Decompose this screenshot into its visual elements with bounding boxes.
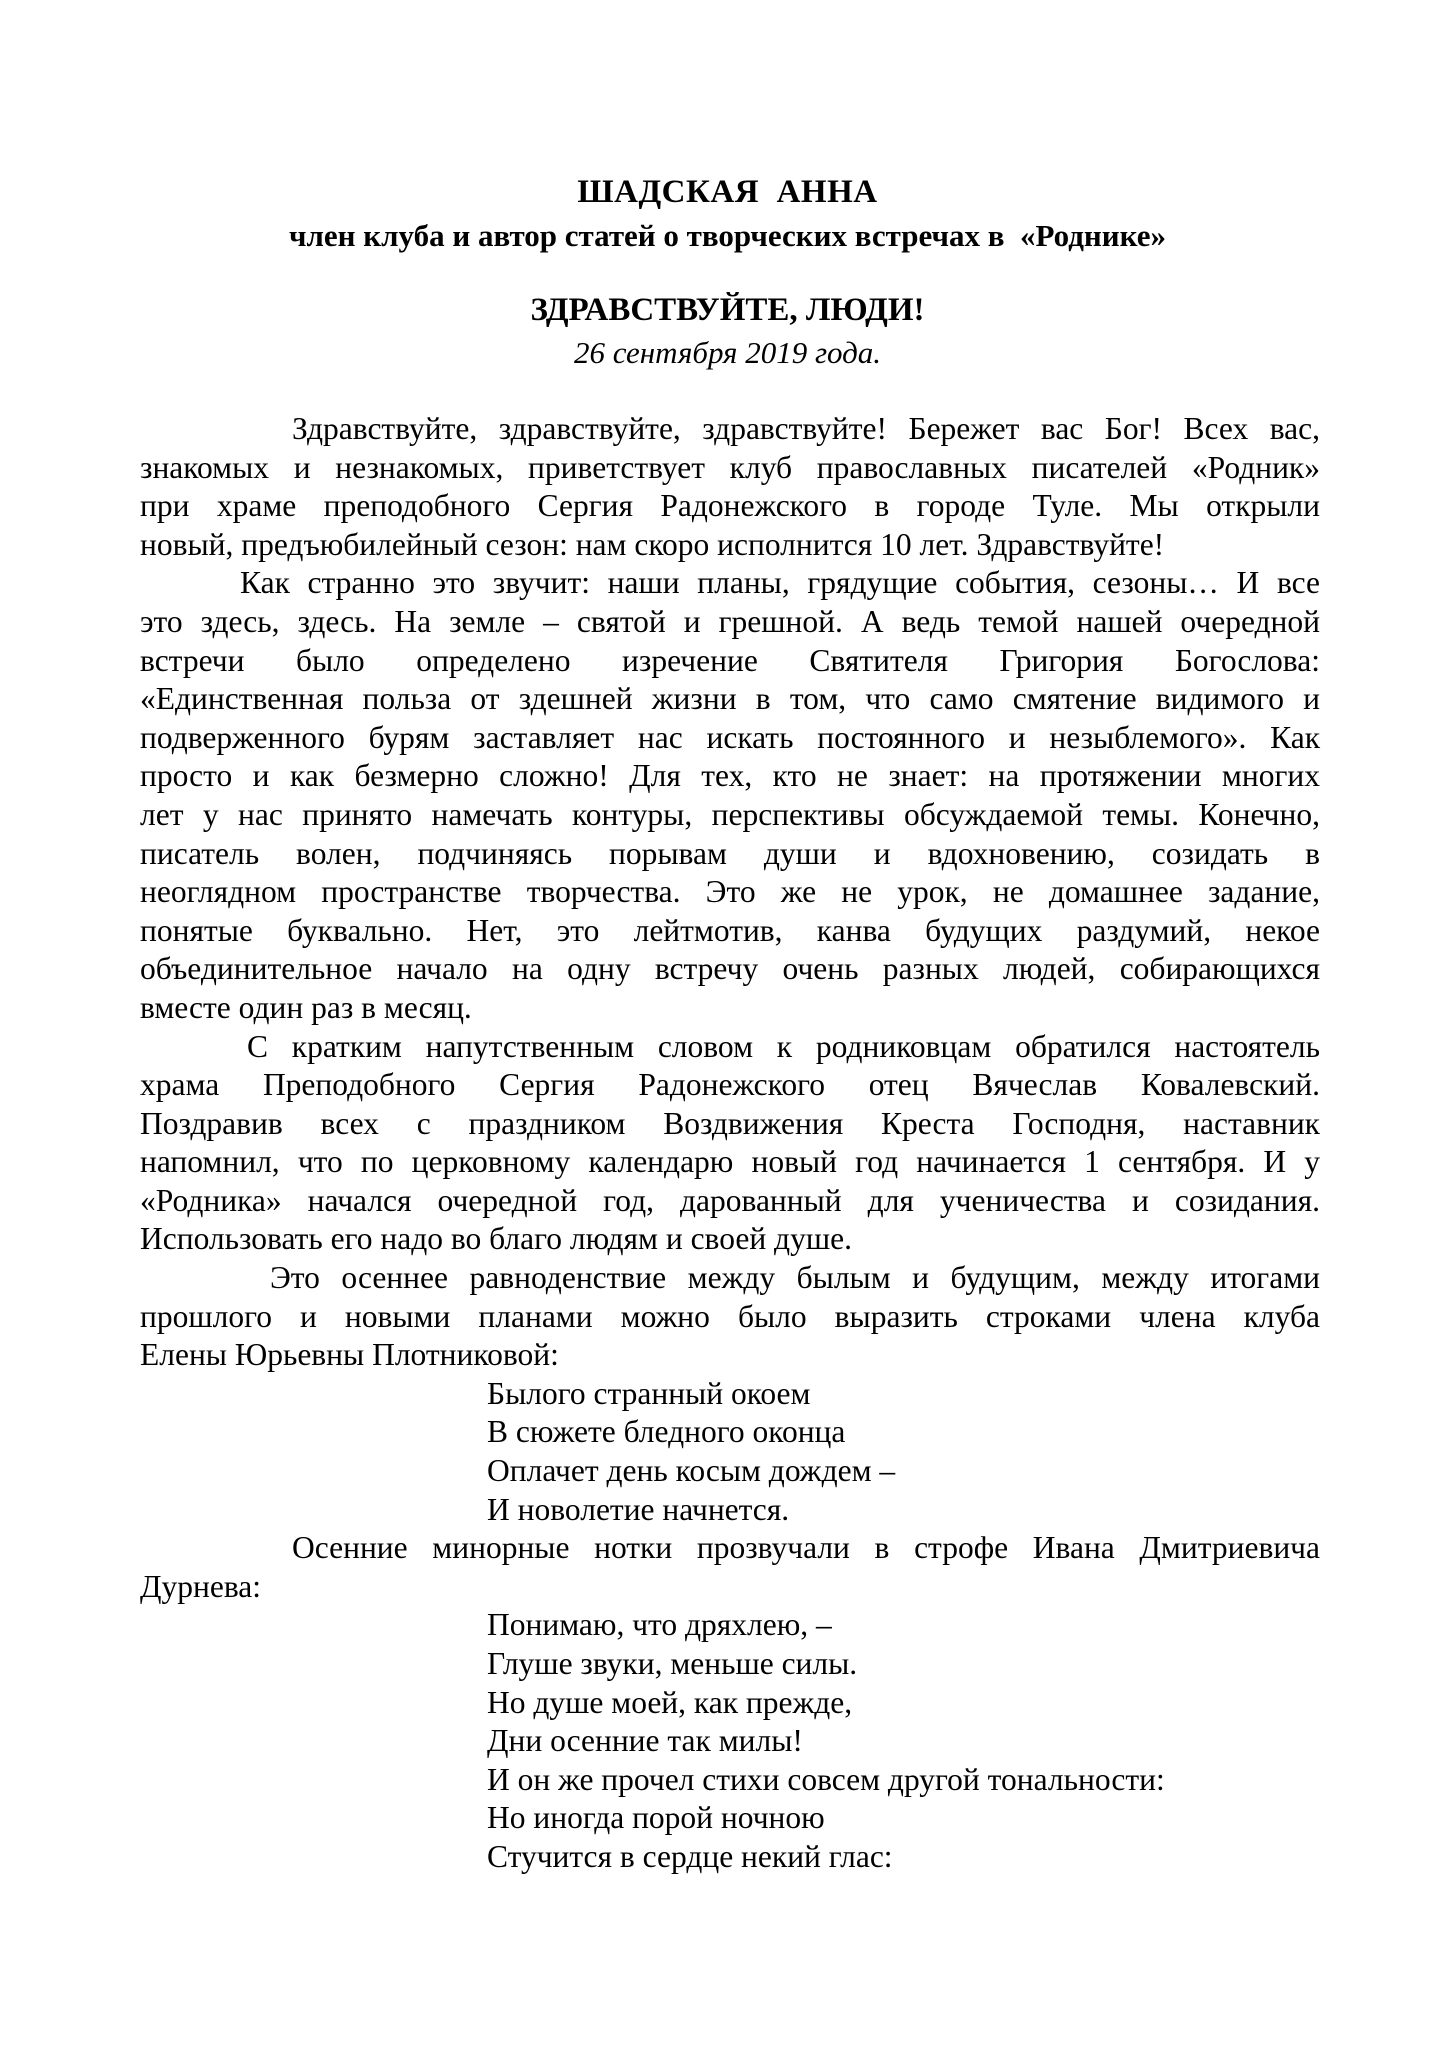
paragraph-line: Это осеннее равноденствие между былым и … [140, 1259, 1320, 1298]
paragraph-line: напомнил, что по церковному календарю но… [140, 1143, 1320, 1182]
paragraph-line: «Единственная польза от здешней жизни в … [140, 680, 1320, 719]
paragraph-line: просто и как безмерно сложно! Для тех, к… [140, 757, 1320, 796]
paragraph-line: Поздравив всех с праздником Воздвижения … [140, 1105, 1320, 1144]
author-name: ШАДСКАЯ АННА [0, 174, 1455, 211]
paragraph-line: «Родника» начался очередной год, дарован… [140, 1182, 1320, 1221]
paragraph-line: новый, предъюбилейный сезон: нам скоро и… [140, 526, 1320, 565]
verse-line: В сюжете бледного оконца [140, 1413, 1320, 1452]
paragraph-line: понятые буквально. Нет, это лейтмотив, к… [140, 912, 1320, 951]
article-date: 26 сентября 2019 года. [0, 335, 1455, 371]
verse-line: Стучится в сердце некий глас: [140, 1838, 1320, 1877]
article-body: Здравствуйте, здравствуйте, здравствуйте… [140, 410, 1320, 1877]
paragraph-line: это здесь, здесь. На земле – святой и гр… [140, 603, 1320, 642]
article-title: ЗДРАВСТВУЙТЕ, ЛЮДИ! [0, 292, 1455, 329]
paragraph-line: прошлого и новыми планами можно было выр… [140, 1298, 1320, 1337]
paragraph-line: Осенние минорные нотки прозвучали в стро… [140, 1529, 1320, 1568]
paragraph-line: знакомых и незнакомых, приветствует клуб… [140, 449, 1320, 488]
verse-line: Оплачет день косым дождем – [140, 1452, 1320, 1491]
paragraph-line: объединительное начало на одну встречу о… [140, 950, 1320, 989]
document-page: ШАДСКАЯ АННА член клуба и автор статей о… [0, 0, 1455, 2058]
paragraph-line: Здравствуйте, здравствуйте, здравствуйте… [140, 410, 1320, 449]
paragraph-line: храма Преподобного Сергия Радонежского о… [140, 1066, 1320, 1105]
paragraph-line: Как странно это звучит: наши планы, гряд… [140, 564, 1320, 603]
paragraph-line: встречи было определено изречение Святит… [140, 642, 1320, 681]
verse-line: Но иногда порой ночною [140, 1799, 1320, 1838]
paragraph-line: лет у нас принято намечать контуры, перс… [140, 796, 1320, 835]
paragraph-line: Использовать его надо во благо людям и с… [140, 1220, 1320, 1259]
paragraph-line: С кратким напутственным словом к роднико… [140, 1028, 1320, 1067]
verse-line: Дни осенние так милы! [140, 1722, 1320, 1761]
paragraph-line: подверженного бурям заставляет нас искат… [140, 719, 1320, 758]
paragraph-line: при храме преподобного Сергия Радонежско… [140, 487, 1320, 526]
paragraph-line: писатель волен, подчиняясь порывам души … [140, 835, 1320, 874]
paragraph-line: вместе один раз в месяц. [140, 989, 1320, 1028]
paragraph-line: неоглядном пространстве творчества. Это … [140, 873, 1320, 912]
author-subtitle: член клуба и автор статей о творческих в… [0, 218, 1455, 254]
verse-line: Понимаю, что дряхлею, – [140, 1606, 1320, 1645]
paragraph-line: Дурнева: [140, 1568, 1320, 1607]
verse-line: Былого странный окоем [140, 1375, 1320, 1414]
verse-line: Но душе моей, как прежде, [140, 1684, 1320, 1723]
verse-line: И он же прочел стихи совсем другой тонал… [140, 1761, 1320, 1800]
verse-line: И новолетие начнется. [140, 1491, 1320, 1530]
verse-line: Глуше звуки, меньше силы. [140, 1645, 1320, 1684]
paragraph-line: Елены Юрьевны Плотниковой: [140, 1336, 1320, 1375]
